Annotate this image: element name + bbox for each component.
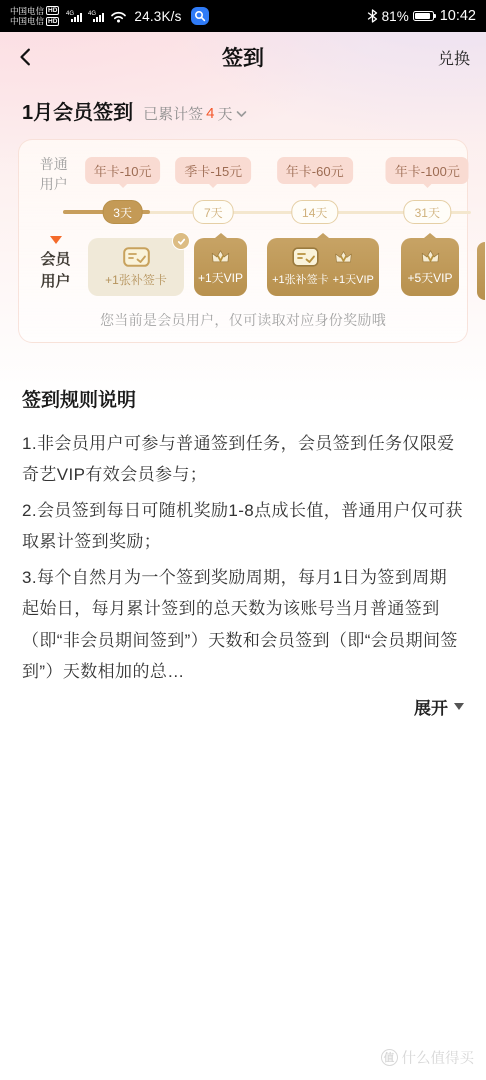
clock: 10:42 xyxy=(440,8,476,24)
claimed-check-icon xyxy=(172,232,190,250)
chevron-down-icon xyxy=(236,110,247,118)
status-right: 81% 10:42 xyxy=(367,8,476,24)
vip-crown-icon xyxy=(333,249,354,265)
reward-card-vip5[interactable]: +5天VIP xyxy=(401,238,459,296)
hd-badge: HD xyxy=(46,6,59,15)
summary-suffix: 天 xyxy=(217,103,232,124)
rule-item-2: 2.会员签到每日可随机奖励1-8点成长值，普通用户仅可获取累计签到奖励； xyxy=(22,495,464,558)
network-speed: 24.3K/s xyxy=(134,9,181,24)
reward-badge: 季卡-15元 xyxy=(175,157,251,184)
signal-bars-icon: 4G xyxy=(88,9,105,23)
signin-summary-toggle[interactable]: 已累计签4天 xyxy=(143,103,246,124)
watermark-text: 什么值得买 xyxy=(402,1047,475,1068)
rules-section: 签到规则说明 1.非会员用户可参与普通签到任务，会员签到任务仅限爱奇艺VIP有效… xyxy=(0,385,486,719)
reward-card-combo[interactable]: +1张补签卡 +1天VIP xyxy=(267,238,379,296)
bluetooth-icon xyxy=(367,9,378,23)
carrier-row-1: 中国电信 HD xyxy=(10,6,59,16)
milestone-badges: 年卡-10元 季卡-15元 年卡-60元 年卡-100元 xyxy=(63,150,477,198)
rules-title: 签到规则说明 xyxy=(22,385,464,412)
carrier-row-2: 中国电信 HD xyxy=(10,16,59,26)
battery-icon xyxy=(413,11,434,22)
screen: 中国电信 HD 中国电信 HD 4G 4G 24.3K/s xyxy=(0,0,486,1080)
section-head: 1月会员签到 已累计签4天 xyxy=(0,82,486,125)
battery-percent: 81% xyxy=(382,9,409,24)
reward-card-partial[interactable] xyxy=(477,242,485,300)
expand-button[interactable]: 展开 xyxy=(22,694,464,719)
signal-bars-icon: 4G xyxy=(66,9,83,23)
carrier-info: 中国电信 HD 中国电信 HD xyxy=(10,6,59,26)
svg-text:4G: 4G xyxy=(66,11,74,17)
vip-crown-icon xyxy=(419,248,442,265)
carrier-name: 中国电信 xyxy=(10,16,44,26)
header: 签到 兑换 xyxy=(0,32,486,82)
progress-track: 3天 7天 14天 31天 xyxy=(63,198,477,226)
reward-badge: 年卡-60元 xyxy=(277,157,353,184)
normal-user-row: 普通用户 年卡-10元 季卡-15元 年卡-60元 年卡-100元 xyxy=(27,150,459,198)
combo-icons xyxy=(292,247,354,267)
rule-item-3: 3.每个自然月为一个签到奖励周期，每月1日为签到周期起始日，每月累计签到的总天数… xyxy=(22,562,464,688)
reward-cards: +1张补签卡 +1天VIP xyxy=(88,238,459,296)
expand-caret-icon xyxy=(454,703,464,710)
reward-badge: 年卡-10元 xyxy=(85,157,161,184)
smzdm-watermark: 值 什么值得买 xyxy=(381,1047,475,1068)
resign-card-icon xyxy=(123,247,150,267)
vip-crown-icon xyxy=(209,248,232,265)
section-title: 1月会员签到 xyxy=(22,96,133,125)
rule-item-1: 1.非会员用户可参与普通签到任务，会员签到任务仅限爱奇艺VIP有效会员参与； xyxy=(22,428,464,491)
summary-prefix: 已累计签 xyxy=(143,103,203,124)
search-icon xyxy=(191,7,209,25)
wifi-icon xyxy=(110,10,127,23)
watermark-logo-icon: 值 xyxy=(381,1049,398,1066)
reward-card-vip1[interactable]: +1天VIP xyxy=(194,238,247,296)
milestone-node-14d: 14天 xyxy=(291,200,338,224)
member-rewards-row: 会员用户 +1张补签卡 xyxy=(27,234,459,296)
page-title: 签到 xyxy=(222,42,264,72)
redeem-button[interactable]: 兑换 xyxy=(438,46,470,69)
reward-card-resign[interactable]: +1张补签卡 xyxy=(88,238,184,296)
summary-days: 4 xyxy=(206,105,214,122)
svg-text:4G: 4G xyxy=(88,11,96,17)
hd-badge: HD xyxy=(46,17,59,26)
back-icon xyxy=(16,46,38,68)
status-bar: 中国电信 HD 中国电信 HD 4G 4G 24.3K/s xyxy=(0,0,486,32)
back-button[interactable] xyxy=(16,42,46,72)
milestone-node-7d: 7天 xyxy=(193,200,234,224)
milestone-node-31d: 31天 xyxy=(404,200,451,224)
resign-card-icon xyxy=(292,247,319,267)
milestone-node-3d: 3天 xyxy=(102,200,143,224)
carrier-name: 中国电信 xyxy=(10,6,44,16)
active-tab-arrow-icon xyxy=(50,236,62,244)
reward-badge: 年卡-100元 xyxy=(386,157,469,184)
combo-labels: +1张补签卡 +1天VIP xyxy=(272,271,374,287)
member-hint-text: 您当前是会员用户，仅可读取对应身份奖励哦 xyxy=(27,310,459,330)
checkin-panel: 普通用户 年卡-10元 季卡-15元 年卡-60元 年卡-100元 3天 7天 … xyxy=(18,139,468,343)
tab-member-user[interactable]: 会员用户 xyxy=(37,234,74,293)
